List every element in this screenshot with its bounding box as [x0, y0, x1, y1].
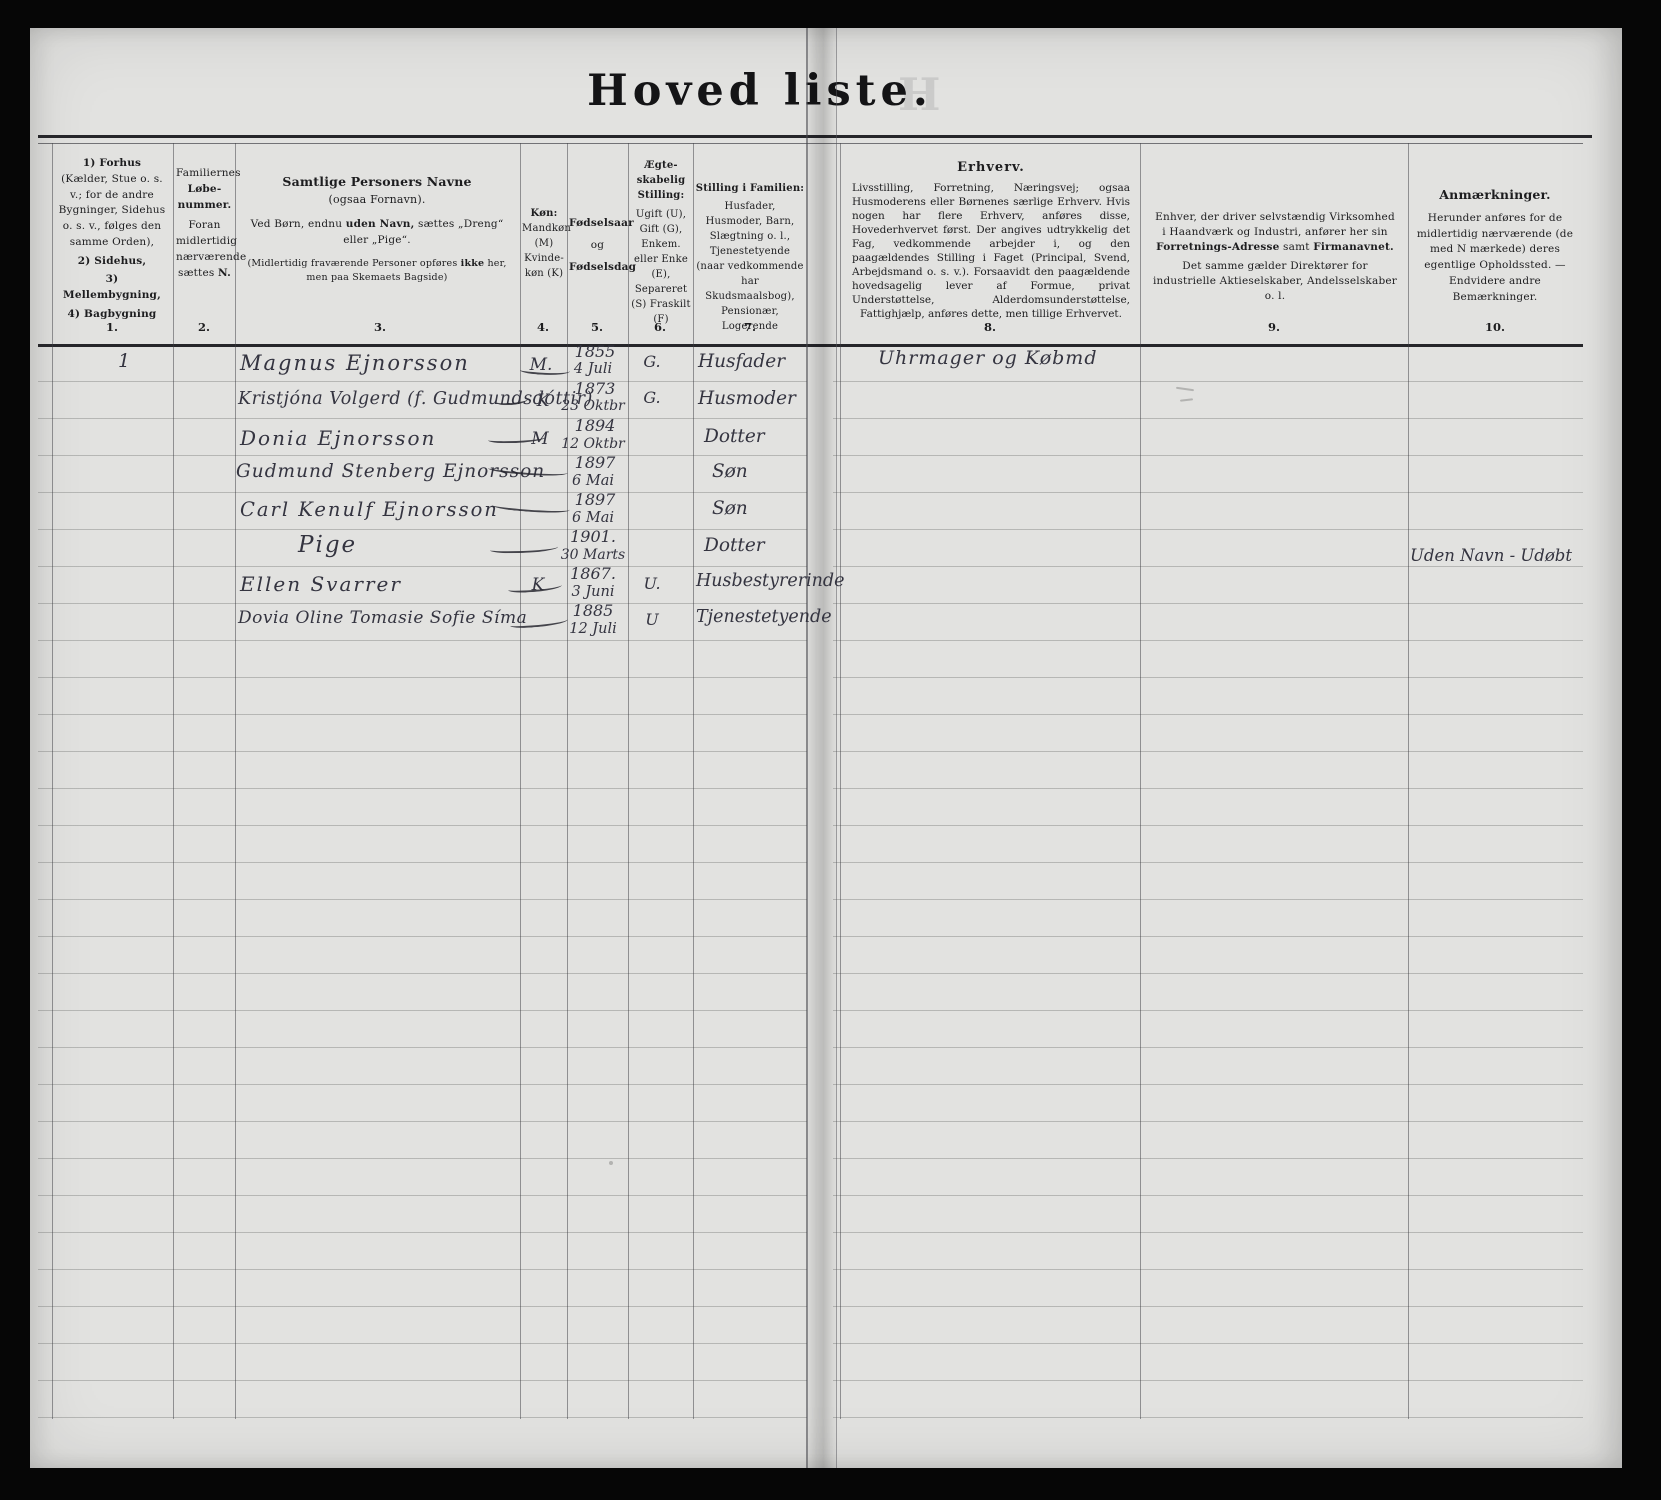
column-header-6: Ægte-skabelig Stilling: Ugift (U), Gift … — [630, 158, 692, 327]
header-text: Forretnings-Adresse — [1156, 241, 1279, 253]
entry-sex: K — [524, 391, 562, 411]
header-text: ikke — [461, 258, 485, 269]
header-text: Ugift (U), Gift (G), Enkem. eller Enke (… — [630, 207, 692, 327]
entry-remark: Uden Navn - Udøbt — [1410, 546, 1572, 565]
entry-name: Carl Kenulf Ejnorsson — [240, 498, 499, 521]
column-number-8: 8. — [968, 320, 1012, 334]
entry-birth-day: 23 Oktbr — [560, 398, 626, 414]
entry-birth-year: 1873 — [566, 379, 624, 398]
header-text: samt — [1280, 241, 1314, 253]
entry-name: Magnus Ejnorsson — [240, 351, 470, 375]
scanned-census-page: Hoved liste. H 1) Forhus (Kælder, Stue o… — [0, 0, 1661, 1500]
column-line — [52, 143, 53, 1419]
entry-birth-year: 1855 — [566, 342, 624, 361]
entry-birth-year: 1901. — [564, 527, 622, 546]
column-line — [628, 143, 629, 1419]
header-text: nummer. — [176, 198, 233, 214]
entry-birth-year: 1894 — [566, 416, 624, 435]
header-text: Herunder anføres for de midlertidig nærv… — [1414, 211, 1576, 306]
column-line — [567, 143, 568, 1419]
header-text: og — [569, 238, 626, 254]
header-text: Fødselsdag — [569, 260, 626, 276]
column-number-6: 6. — [638, 320, 682, 334]
header-text: Fødselsaar — [569, 216, 626, 232]
header-text: N. — [218, 267, 231, 279]
header-text: Det samme gælder Direktører for industri… — [1152, 259, 1398, 305]
header-text: Anmærkninger. — [1414, 186, 1576, 205]
entry-name: Donia Ejnorsson — [240, 426, 436, 450]
column-number-1: 1. — [90, 320, 134, 334]
column-header-8: Erhverv. Livsstilling, Forretning, Nærin… — [852, 160, 1130, 322]
ink-ghost-letter: H — [898, 68, 943, 121]
header-text: (Kælder, Stue o. s. v.; for de andre Byg… — [56, 172, 168, 251]
header-text: uden Navn, — [346, 218, 415, 230]
entry-name: Dovia Oline Tomasie Sofie Síma — [238, 608, 527, 628]
entry-number: 1 — [118, 350, 130, 372]
column-line — [1408, 143, 1409, 1419]
column-number-9: 9. — [1252, 320, 1296, 334]
column-header-1: 1) Forhus (Kælder, Stue o. s. v.; for de… — [56, 156, 168, 323]
entry-birth-year: 1885 — [564, 601, 622, 620]
header-text: (ogsaa Fornavn). — [243, 192, 511, 209]
header-text: (Midlertidig fraværende Personer opføres — [247, 258, 460, 269]
entry-birth-day: 3 Juni — [562, 584, 624, 600]
header-text: Erhverv. — [852, 160, 1130, 175]
column-line — [235, 143, 236, 1419]
entry-family-position: Husbestyrerinde — [696, 571, 845, 591]
header-text: Ægte-skabelig Stilling: — [630, 158, 692, 203]
entry-birth-day: 12 Oktbr — [560, 436, 626, 452]
entry-marital-status: G. — [632, 352, 672, 371]
ruled-lines-right-page — [833, 345, 1583, 1421]
column-header-3: Samtlige Personers Navne (ogsaa Fornavn)… — [243, 173, 511, 285]
entry-family-position: Tjenestetyende — [696, 607, 832, 627]
column-line — [520, 143, 521, 1419]
column-line — [1140, 143, 1141, 1419]
header-text: Enhver, der driver selvstændig Virksomhe… — [1155, 211, 1395, 238]
header-text: Løbe- — [176, 182, 233, 198]
column-header-7: Stilling i Familien: Husfader, Husmoder,… — [695, 181, 805, 334]
book-fold-gutter — [806, 28, 837, 1468]
entry-birth-day: 6 Mai — [562, 510, 624, 526]
entry-occupation: Uhrmager og Købmd — [878, 347, 1098, 369]
column-number-3: 3. — [358, 320, 402, 334]
entry-birth-year: 1867. — [564, 564, 622, 583]
column-number-5: 5. — [575, 320, 619, 334]
column-line — [173, 143, 174, 1419]
entry-family-position: Husmoder — [698, 388, 796, 409]
header-text: Samtlige Personers Navne — [243, 173, 511, 192]
entry-marital-status: U. — [632, 574, 672, 593]
header-text: 1) Forhus — [56, 156, 168, 172]
entry-birth-year: 1897 — [566, 453, 624, 472]
header-text: Stilling i Familien: — [695, 181, 805, 196]
entry-family-position: Husfader — [698, 351, 785, 372]
entry-birth-day: 12 Juli — [562, 621, 624, 637]
entry-birth-day: 6 Mai — [562, 473, 624, 489]
header-text: Køn: — [522, 206, 566, 221]
entry-birth-year: 1897 — [566, 490, 624, 509]
entry-birth-day: 30 Marts — [558, 547, 628, 563]
header-text: Mandkøn (M) Kvinde-køn (K) — [522, 221, 566, 281]
ink-speck — [609, 1161, 613, 1165]
column-header-9: Enhver, der driver selvstændig Virksomhe… — [1152, 210, 1398, 304]
header-text: 2) Sidehus, — [56, 254, 168, 270]
header-text: Livsstilling, Forretning, Næringsvej; og… — [852, 182, 1130, 322]
entry-marital-status: G. — [632, 388, 672, 407]
entry-family-position: Søn — [712, 461, 748, 482]
header-text: Familiernes — [176, 166, 233, 182]
column-header-5: Fødselsaar og Fødselsdag — [569, 216, 626, 275]
column-header-10: Anmærkninger. Herunder anføres for de mi… — [1414, 186, 1576, 305]
header-text: 3) Mellembygning, — [56, 272, 168, 304]
entry-family-position: Dotter — [704, 426, 765, 447]
header-text: Firmanavnet. — [1313, 241, 1394, 253]
column-number-2: 2. — [182, 320, 226, 334]
column-line — [693, 143, 694, 1419]
entry-marital-status: U — [632, 610, 672, 629]
column-line — [840, 143, 841, 1419]
header-text: Ved Børn, endnu — [251, 218, 346, 230]
entry-family-position: Søn — [712, 498, 748, 519]
entry-name: Pige — [298, 532, 357, 558]
column-number-4: 4. — [521, 320, 565, 334]
column-header-2: Familiernes Løbe- nummer. Foran midlerti… — [176, 166, 233, 281]
entry-name: Ellen Svarrer — [240, 572, 402, 596]
column-number-7: 7. — [728, 320, 772, 334]
column-header-4: Køn: Mandkøn (M) Kvinde-køn (K) — [522, 206, 566, 281]
entry-family-position: Dotter — [704, 535, 765, 556]
header-text: Husfader, Husmoder, Barn, Slægtning o. l… — [695, 199, 805, 334]
column-number-10: 10. — [1473, 320, 1517, 334]
entry-birth-day: 4 Juli — [562, 361, 624, 377]
page-title: Hoved liste. — [585, 66, 935, 116]
